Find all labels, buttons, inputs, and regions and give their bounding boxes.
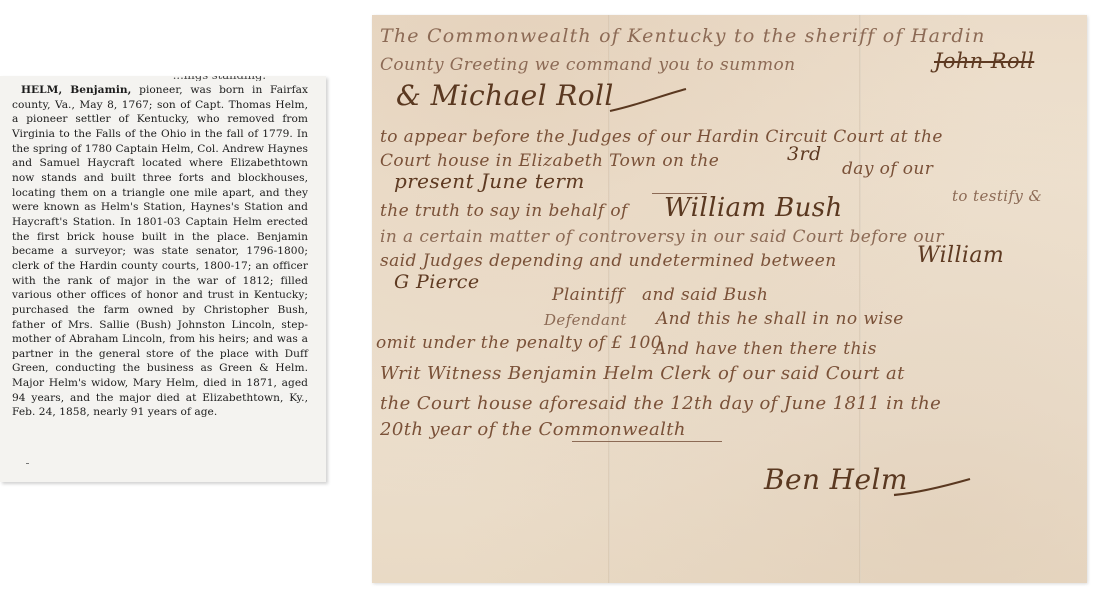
pen-flourish-icon (608, 85, 688, 115)
clerk-signature: Ben Helm (764, 463, 908, 496)
writ-line-witness: Writ Witness Benjamin Helm Clerk of our … (380, 363, 905, 384)
struck-name-john-roll: John Roll (934, 49, 1034, 73)
writ-line-appear: to appear before the Judges of our Hardi… (380, 127, 943, 147)
writ-day-of-our: day of our (842, 159, 933, 179)
writ-line-2: County Greeting we command you to summon (380, 55, 795, 75)
writ-line-shall-in-no-wise: And this he shall in no wise (656, 309, 904, 329)
writ-line-controversy: in a certain matter of controversy in ou… (380, 227, 944, 247)
writ-and-said-bush: and said Bush (642, 285, 768, 305)
biography-paragraph: HELM, Benjamin, pioneer, was born in Fai… (12, 83, 308, 420)
writ-day-3rd: 3rd (787, 143, 822, 165)
writ-present-june-term: present June term (394, 169, 585, 193)
clipping-cut-top: ...ings standing. (0, 76, 326, 81)
writ-line-have-then: And have then there this (654, 339, 877, 359)
writ-label-plaintiff: Plaintiff (552, 285, 624, 305)
writ-label-defendant: Defendant (544, 311, 627, 329)
writ-line-1: The Commonwealth of Kentucky to the sher… (380, 25, 986, 47)
writ-line-judges: said Judges depending and undetermined b… (380, 251, 837, 271)
writ-line-penalty: omit under the penalty of £ 100 (376, 333, 662, 353)
writ-line-truth: the truth to say in behalf of (380, 201, 628, 221)
plaintiff-surname: G Pierce (394, 271, 480, 293)
writ-line-court-house: Court house in Elizabeth Town on the (380, 151, 719, 171)
writ-line-year-of-commonwealth: 20th year of the Commonwealth (380, 419, 686, 440)
witness-name-william-bush: William Bush (664, 193, 843, 223)
paper-fold-line (859, 15, 861, 583)
signature-flourish-icon (892, 477, 972, 501)
clipping-cut-fragment: ...ings standing. (173, 76, 266, 81)
writ-line-date: the Court house aforesaid the 12th day o… (380, 393, 941, 414)
biography-body: pioneer, was born in Fairfax county, Va.… (12, 84, 308, 418)
closing-rule (572, 441, 722, 442)
writ-to-testify: to testify & (952, 187, 1042, 205)
summoned-name-michael-roll: & Michael Roll (396, 79, 614, 112)
plaintiff-first-name: William (917, 243, 1004, 268)
handwritten-court-writ: The Commonwealth of Kentucky to the sher… (372, 15, 1087, 583)
biography-name: HELM, Benjamin, (21, 84, 131, 96)
printed-biography-clipping: ...ings standing. HELM, Benjamin, pionee… (0, 76, 326, 482)
print-speck (26, 463, 29, 464)
